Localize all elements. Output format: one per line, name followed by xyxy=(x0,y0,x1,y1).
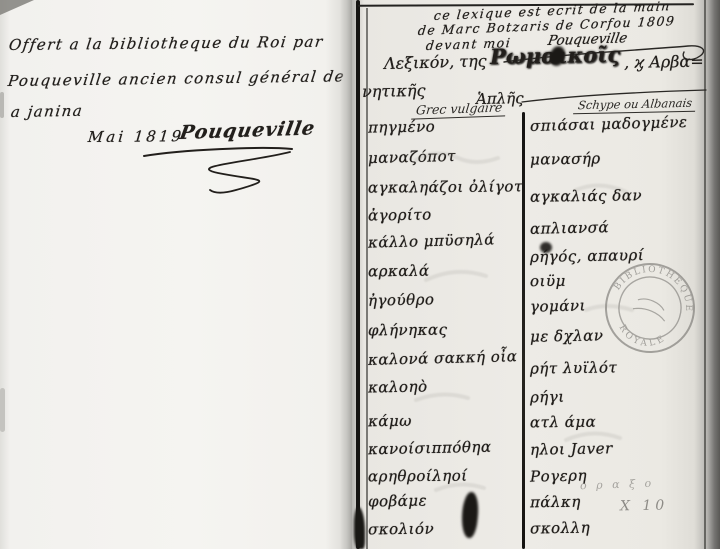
left-page: Offert a la bibliotheque du Roi par Pouq… xyxy=(0,0,346,549)
right-page: ce lexique est ecrit de la main de Marc … xyxy=(352,0,720,549)
greek-title-part-1: Λεξικόν, της xyxy=(384,51,487,73)
dedication-line-3: a janina xyxy=(10,102,85,121)
bleed-through-marks xyxy=(356,110,716,530)
dedication-line-1: Offert a la bibliotheque du Roi par xyxy=(8,33,325,54)
page-edge-nick xyxy=(0,388,5,432)
greek-title-part-3: , ϗ Αρβα= xyxy=(624,52,704,72)
page-corner-shadow xyxy=(0,0,34,15)
signature-flourish xyxy=(140,140,310,200)
greek-title-part-4: νητικῆς xyxy=(362,81,426,101)
manuscript-scan: Offert a la bibliotheque du Roi par Pouq… xyxy=(0,0,720,549)
page-edge-nick xyxy=(0,92,4,118)
